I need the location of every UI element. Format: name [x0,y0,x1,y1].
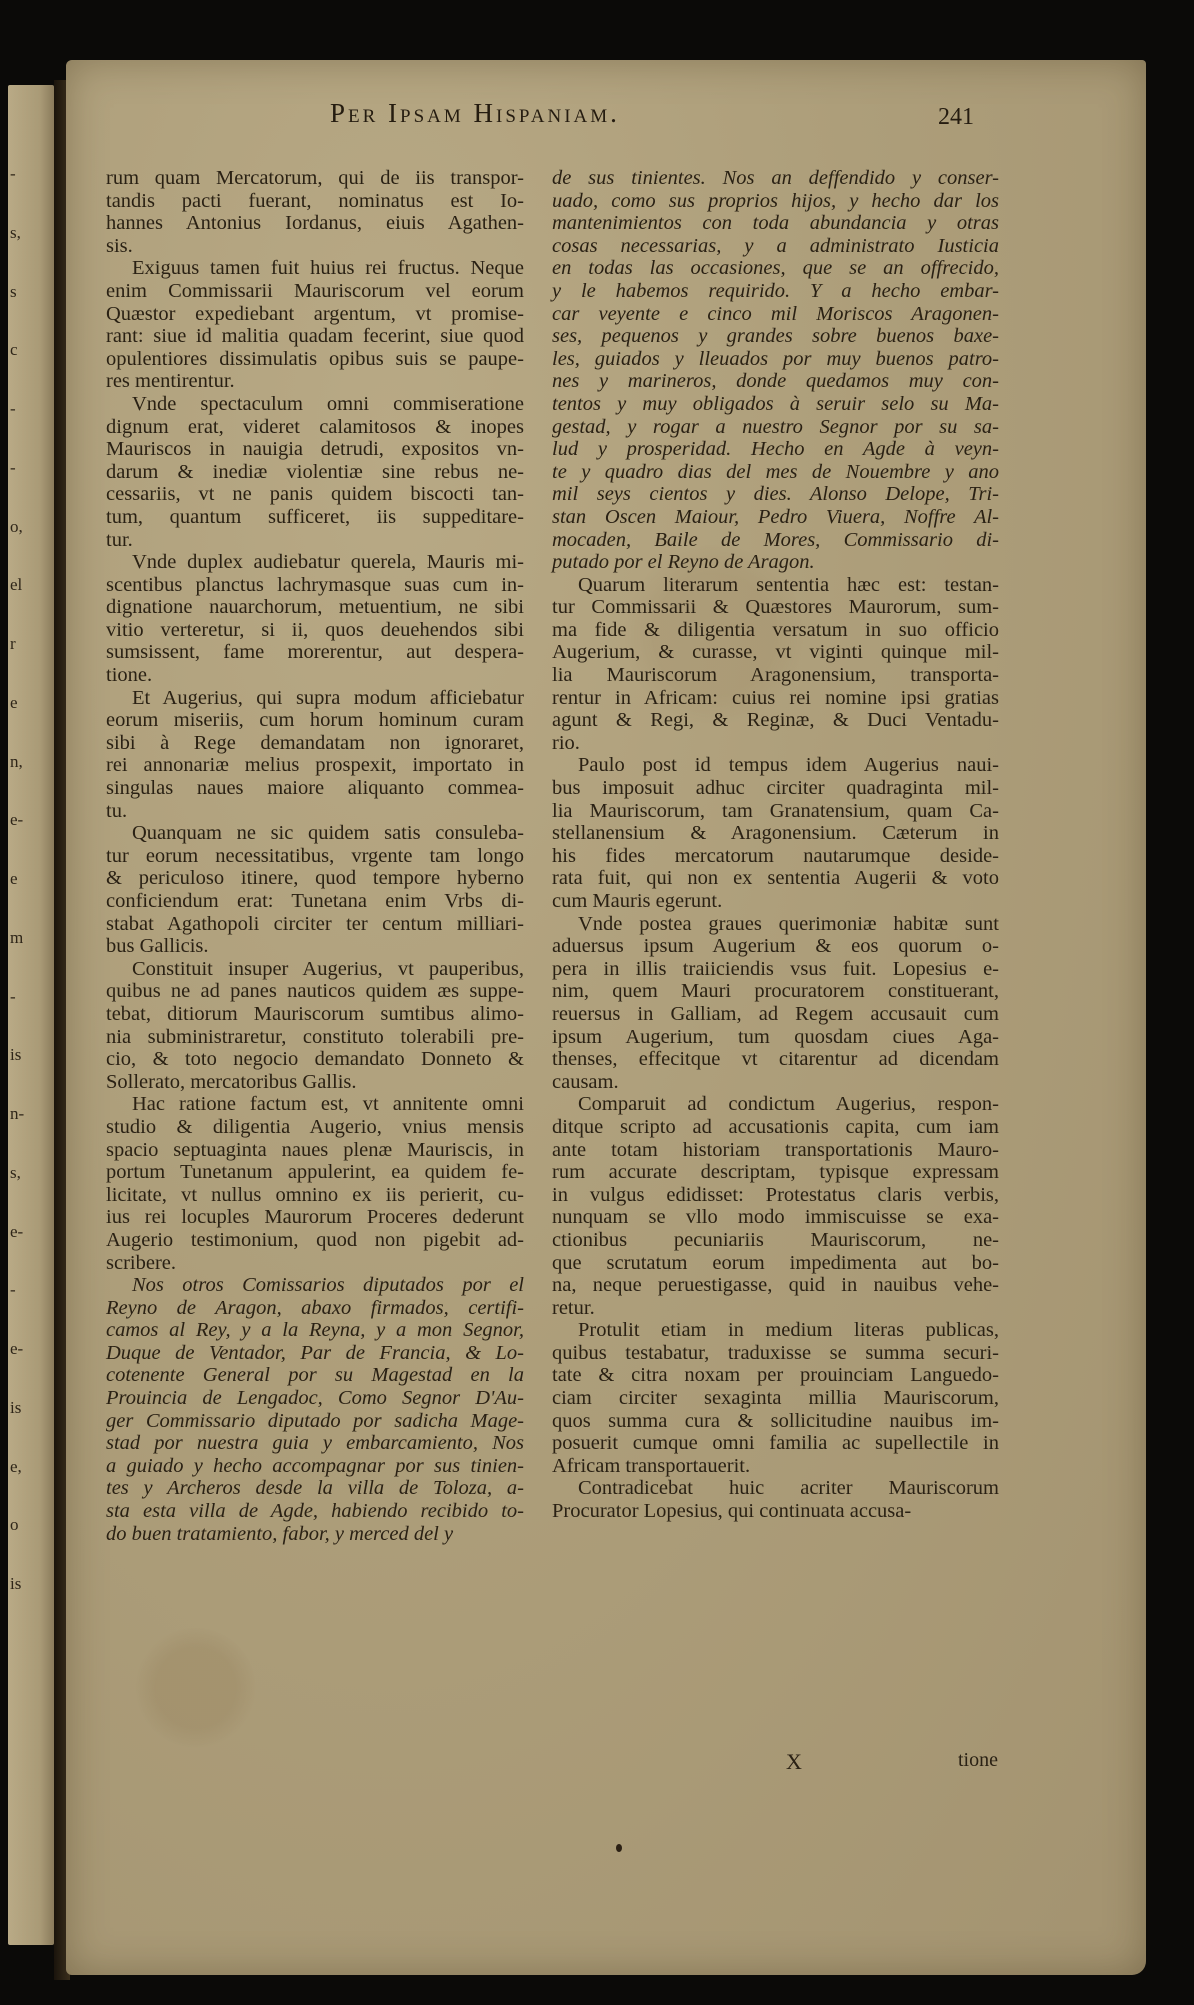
text-line: Quarum literarum sententia hæc est: test… [552,574,999,597]
text-line: stabat Agathopoli circiter ter centum mi… [106,913,524,936]
text-line: a guiado y hecho accompagnar por sus tin… [106,1455,524,1478]
margin-fragment: m [10,929,23,946]
text-line: Augerio testimonium, quod non pigebit ad… [106,1229,524,1252]
paragraph: rum quam Mercatorum, qui de iis transpor… [106,167,524,257]
paragraph: Comparuit ad condictum Augerius, respon-… [552,1093,999,1319]
margin-fragment: s, [10,1164,21,1181]
margin-fragment: - [10,400,16,417]
text-line: ses, pequenos y grandes sobre buenos bax… [552,325,999,348]
text-line: lia Mauriscorum, tam Granatensium, quam … [552,800,999,823]
paragraph: Nos otros Comissarios diputados por elRe… [106,1274,524,1545]
text-line: do buen tratamiento, fabor, y merced del… [106,1523,524,1546]
text-line: eorum miseriis, cum horum hominum curam [106,709,524,732]
text-line: tes y Archeros desde la villa de Toloza,… [106,1477,524,1500]
margin-fragment: is [10,1575,21,1592]
text-line: agunt & Regi, & Reginæ, & Duci Ventadu- [552,709,999,732]
margin-fragment: - [10,1281,16,1298]
text-line: stad por nuestra guia y embarcamiento, N… [106,1432,524,1455]
text-line: sibi à Rege demandatam non ignoraret, [106,732,524,755]
text-line: Mauriscos in nauigia detrudi, expositos … [106,438,524,461]
text-line: rentur in Africam: cuius rei nomine ipsi… [552,687,999,710]
paragraph: Quanquam ne sic quidem satis consuleba-t… [106,822,524,958]
paragraph: Et Augerius, qui supra modum afficiebatu… [106,687,524,823]
text-line: ctionibus pecuniariis Mauriscorum, ne- [552,1229,999,1252]
text-line: Hac ratione factum est, vt annitente omn… [106,1093,524,1116]
text-line: sumsissent, fame morerentur, aut despera… [106,641,524,664]
paragraph: Vnde spectaculum omni commiserationedign… [106,393,524,551]
text-line: cio, & toto negocio demandato Donneto & [106,1048,524,1071]
text-line: rata fuit, qui non ex sententia Augerii … [552,867,999,890]
text-line: mocaden, Baile de Mores, Commissario di- [552,529,999,552]
text-line: tione. [106,664,524,687]
paragraph: Contradicebat huic acriter MauriscorumPr… [552,1477,999,1522]
text-line: darum & inediæ violentiæ sine rebus ne- [106,461,524,484]
text-line: tentos y muy obligados à seruir selo su … [552,393,999,416]
text-line: dignum erat, videret calamitosos & inope… [106,416,524,439]
text-line: ipsum Augerium, tum quosdam ciues Aga- [552,1026,999,1049]
text-line: thenses, effecitque vt citarentur ad dic… [552,1048,999,1071]
text-line: posuerit cumque omni familia ac supellec… [552,1432,999,1455]
text-line: tur eorum necessitatibus, vrgente tam lo… [106,845,524,868]
paragraph: Constituit insuper Augerius, vt pauperib… [106,958,524,1094]
text-line: quibus testabatur, traduxisse se summa s… [552,1342,999,1365]
margin-fragment: n, [10,753,23,770]
text-line: Reyno de Aragon, abaxo firmados, certifi… [106,1297,524,1320]
margin-fragment: e- [10,1223,23,1240]
text-line: tu. [106,800,524,823]
paragraph: Exiguus tamen fuit huius rei fructus. Ne… [106,257,524,393]
text-line: rio. [552,732,999,755]
text-line: sta esta villa de Agde, habiendo recibid… [106,1500,524,1523]
text-line: tebat, ditiorum Mauriscorum sumtibus ali… [106,1003,524,1026]
adjacent-page-edge: -s,sc--o,elren,e-em-isn-s,e--e-ise,ois [8,85,54,1945]
text-line: Vnde duplex audiebatur querela, Mauris m… [106,551,524,574]
text-line: tum, quantum sufficeret, iis suppeditare… [106,506,524,529]
paragraph: Protulit etiam in medium literas publica… [552,1319,999,1477]
text-line: Constituit insuper Augerius, vt pauperib… [106,958,524,981]
text-line: opulentiores dissimulatis opibus suis se… [106,348,524,371]
paragraph: Vnde postea graues querimoniæ habitæ sun… [552,913,999,1094]
text-line: que scrutatum eorum impedimenta aut bo- [552,1252,999,1275]
text-line: te y quadro dias del mes de Nouembre y a… [552,461,999,484]
text-line: stan Oscen Maiour, Pedro Viuera, Noffre … [552,506,999,529]
margin-fragment: o [10,1516,19,1533]
text-line: scentibus planctus lachrymasque suas cum… [106,574,524,597]
text-line: Contradicebat huic acriter Mauriscorum [552,1477,999,1500]
text-line: tate & citra noxam per prouinciam Langue… [552,1364,999,1387]
margin-fragment: is [10,1046,21,1063]
text-line: Vnde spectaculum omni commiseratione [106,393,524,416]
text-line: hannes Antonius Iordanus, eiuis Agathen- [106,212,524,235]
text-line: cosas necessarias, y a administrato Iust… [552,235,999,258]
text-line: Quæstor expediebant argentum, vt promise… [106,303,524,326]
text-line: quibus ne ad panes nauticos quidem æs su… [106,980,524,1003]
text-line: stellanensium & Aragonensium. Cæterum in [552,822,999,845]
text-line: cotenente General por su Magestad en la [106,1364,524,1387]
text-line: rum accurate descriptam, typisque expres… [552,1161,999,1184]
text-line: cessariis, vt ne panis quidem biscocti t… [106,483,524,506]
text-line: Duque de Ventador, Par de Francia, & Lo- [106,1342,524,1365]
text-line: mil seys cientos y dies. Alonso Delope, … [552,483,999,506]
text-line: lia Mauriscorum Aragonensium, transporta… [552,664,999,687]
text-line: cum Mauris egerunt. [552,890,999,913]
text-line: lud y prosperidad. Hecho en Agde à veyn- [552,438,999,461]
text-line: studio & diligentia Augerio, vnius mensi… [106,1116,524,1139]
text-line: singulas naues maiore aliquanto commea- [106,777,524,800]
text-line: nunquam se vllo modo immiscuisse se exa- [552,1206,999,1229]
text-line: Exiguus tamen fuit huius rei fructus. Ne… [106,257,524,280]
text-line: Nos otros Comissarios diputados por el [106,1274,524,1297]
text-line: spacio septuaginta naues plenæ Mauriscis… [106,1139,524,1162]
margin-fragment: e- [10,1340,23,1357]
text-line: bus imposuit adhuc circiter quadraginta … [552,777,999,800]
text-line: putado por el Reyno de Aragon. [552,551,999,574]
right-column: de sus tinientes. Nos an deffendido y co… [552,167,999,1523]
paragraph: Quarum literarum sententia hæc est: test… [552,574,999,755]
text-line: dignatione nauarchorum, metuentium, ne s… [106,596,524,619]
margin-fragment: el [10,576,22,593]
text-line: his fides mercatorum nautarumque deside- [552,845,999,868]
text-line: tur Commissarii & Quæstores Maurorum, su… [552,596,999,619]
text-line: uado, como sus proprios hijos, y hecho d… [552,190,999,213]
running-head: Per Ipsam Hispaniam. [330,98,620,129]
margin-fragment: o, [10,518,23,535]
text-line: licitate, vt nullus omnino ex iis perier… [106,1184,524,1207]
text-line: ditque scripto ad accusationis capita, c… [552,1116,999,1139]
text-line: nes y marineros, donde quedamos muy con- [552,370,999,393]
margin-fragment: c [10,341,18,358]
text-line: car veyente e cinco mil Moriscos Aragone… [552,303,999,326]
text-line: ger Commissario diputado por sadicha Mag… [106,1410,524,1433]
margin-fragment: - [10,459,16,476]
text-line: y le habemos requirido. Y a hecho embar- [552,280,999,303]
text-line: conficiendum erat: Tunetana enim Vrbs di… [106,890,524,913]
text-line: ius rei locuples Maurorum Proceres deder… [106,1206,524,1229]
text-line: Protulit etiam in medium literas publica… [552,1319,999,1342]
text-line: Sollerato, mercatoribus Gallis. [106,1071,524,1094]
margin-fragment: - [10,165,16,182]
margin-fragment: e- [10,811,23,828]
margin-fragment: e [10,870,18,887]
text-line: reuersus in Galliam, ad Regem accusauit … [552,1003,999,1026]
margin-fragment: - [10,988,16,1005]
text-line: quos summa cura & sollicitudine nauibus … [552,1410,999,1433]
catchword: tione [958,1749,998,1772]
text-line: Et Augerius, qui supra modum afficiebatu… [106,687,524,710]
text-line: retur. [552,1297,999,1320]
left-column: rum quam Mercatorum, qui de iis transpor… [106,167,524,1545]
text-line: aduersus ipsum Augerium & eos quorum o- [552,935,999,958]
text-line: res mentirentur. [106,370,524,393]
text-line: tandis pacti fuerant, nominatus est Io- [106,190,524,213]
text-line: rant: siue id malitia quadam fecerint, s… [106,325,524,348]
text-line: Vnde postea graues querimoniæ habitæ sun… [552,913,999,936]
text-line: causam. [552,1071,999,1094]
margin-fragment: is [10,1399,21,1416]
margin-fragment: s [10,283,17,300]
text-line: les, guiados y lleuados por muy buenos p… [552,348,999,371]
text-line: en todas las occasiones, que se an offre… [552,257,999,280]
margin-fragment: e [10,694,18,711]
text-line: nim, quem Mauri procuratorem constituera… [552,980,999,1003]
text-line: Paulo post id tempus idem Augerius naui- [552,754,999,777]
page-number: 241 [938,104,974,131]
margin-fragment: n- [10,1105,24,1122]
paragraph: Vnde duplex audiebatur querela, Mauris m… [106,551,524,687]
text-line: enim Commissarii Mauriscorum vel eorum [106,280,524,303]
text-line: gestad, y rogar a nuestro Segnor por su … [552,416,999,439]
text-line: Comparuit ad condictum Augerius, respon- [552,1093,999,1116]
text-line: portum Tunetanum appulerint, ea quidem f… [106,1161,524,1184]
text-line: nia subministraretur, constituto tolerab… [106,1026,524,1049]
text-line: de sus tinientes. Nos an deffendido y co… [552,167,999,190]
margin-fragment: s, [10,224,21,241]
text-line: ante totam historiam transportationis Ma… [552,1139,999,1162]
text-line: tur. [106,529,524,552]
text-line: & periculoso itinere, quod tempore hyber… [106,867,524,890]
text-line: scribere. [106,1252,524,1275]
text-line: ciam circiter sexaginta millia Mauriscor… [552,1387,999,1410]
text-line: bus Gallicis. [106,935,524,958]
text-line: rei annonariæ melius prospexit, importat… [106,754,524,777]
text-line: Quanquam ne sic quidem satis consuleba- [106,822,524,845]
text-line: rum quam Mercatorum, qui de iis transpor… [106,167,524,190]
text-line: Prouincia de Lengadoc, Como Segnor D'Au- [106,1387,524,1410]
text-line: vitio verteretur, si ii, quos deuehendos… [106,619,524,642]
margin-fragment: r [10,635,16,652]
text-line: Africam transportauerit. [552,1455,999,1478]
text-line: mantenimientos con toda abundancia y otr… [552,212,999,235]
text-line: camos al Rey, y a la Reyna, y a mon Segn… [106,1319,524,1342]
ink-spot [616,1844,622,1852]
paragraph: de sus tinientes. Nos an deffendido y co… [552,167,999,574]
text-line: na, neque peruestigasse, quid in nauibus… [552,1274,999,1297]
text-line: in vulgus edidisset: Protestatus claris … [552,1184,999,1207]
paragraph: Paulo post id tempus idem Augerius naui-… [552,754,999,912]
text-line: sis. [106,235,524,258]
margin-fragment: e, [10,1458,22,1475]
text-line: pera in illis traiiciendis vsus fuit. Lo… [552,958,999,981]
text-line: ma fide & diligentia versatum in suo off… [552,619,999,642]
text-line: Augerium, & curasse, vt viginti quinque … [552,641,999,664]
paragraph: Hac ratione factum est, vt annitente omn… [106,1093,524,1274]
signature-mark: X [786,1749,802,1775]
text-line: Procurator Lopesius, qui continuata accu… [552,1500,999,1523]
